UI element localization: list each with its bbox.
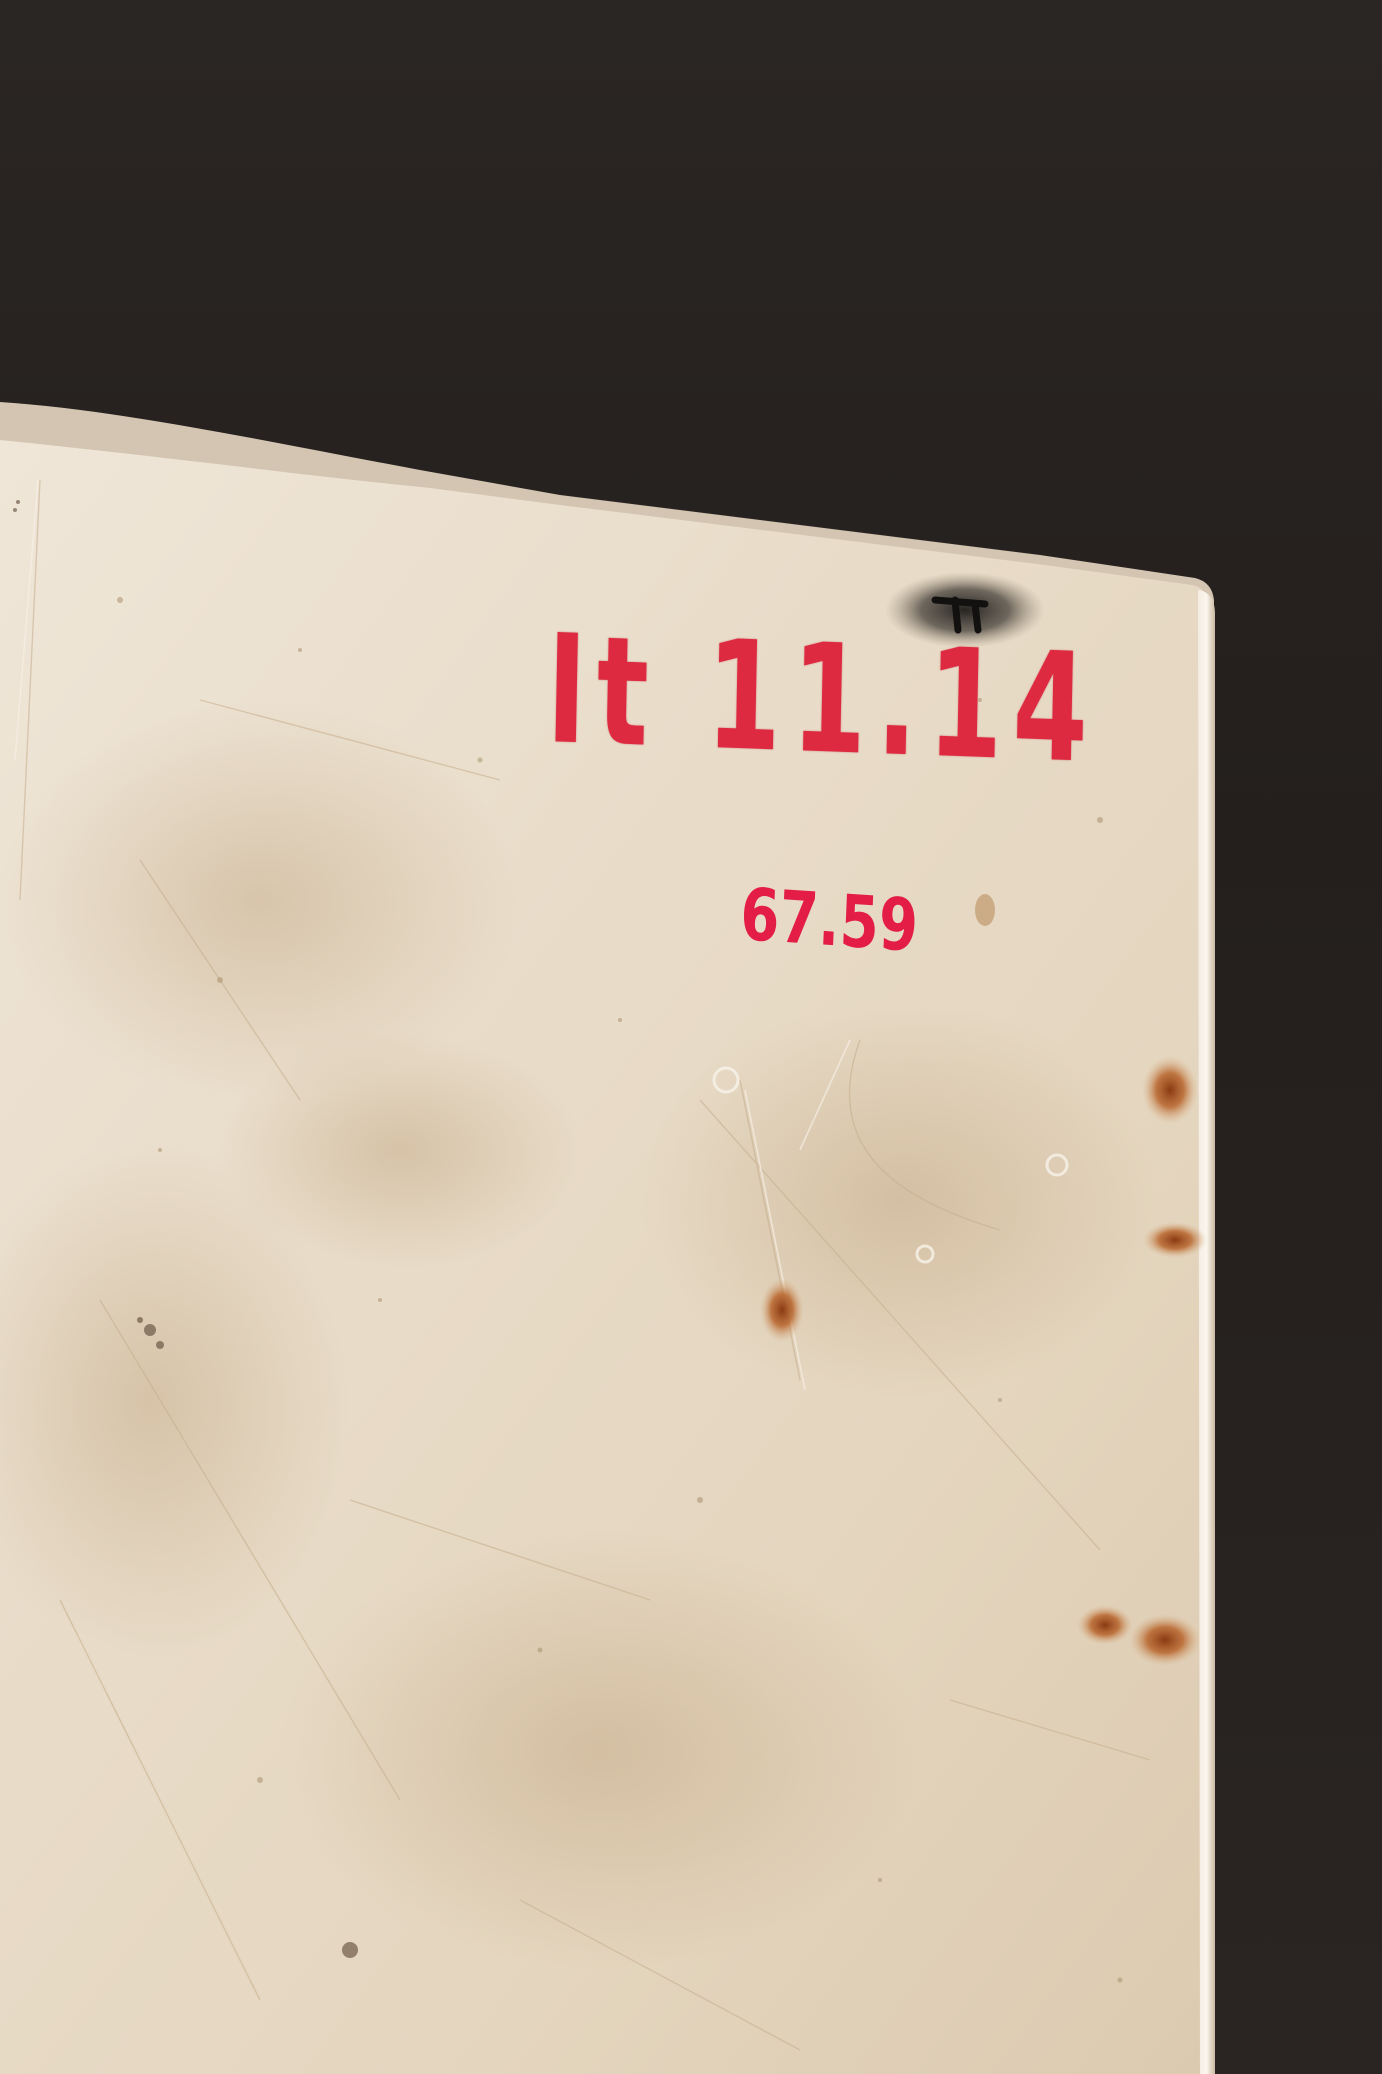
accession-number-inscription: 67.59 <box>739 878 919 962</box>
catalog-number-inscription: It 11.14 <box>545 615 1099 785</box>
marble-slab <box>0 0 1382 2074</box>
slab-right-edge <box>1198 590 1215 2074</box>
